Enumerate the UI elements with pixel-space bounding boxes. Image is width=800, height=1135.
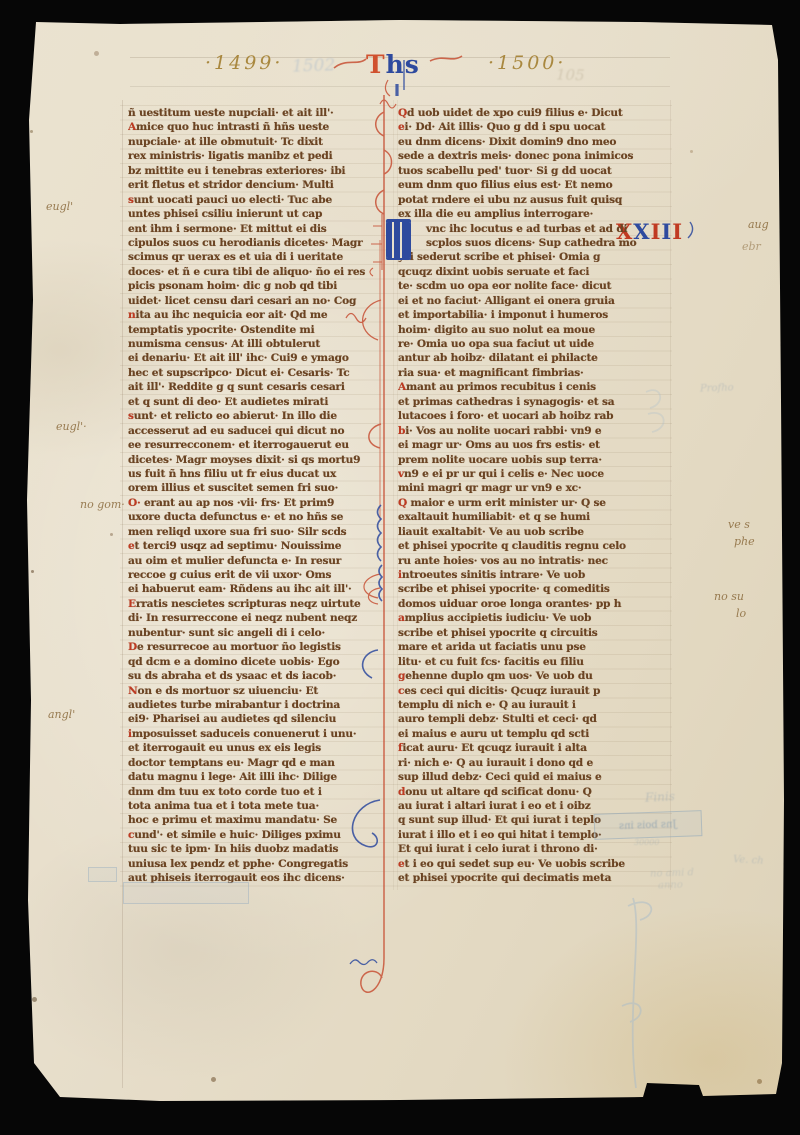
monogram-letter: h: [386, 50, 405, 79]
text-line: Et qui iurat i celo iurat i throno di·: [398, 842, 668, 856]
margin-note: angl': [48, 708, 75, 721]
text-line: antur ab hoibz· dilatant ei philacte: [398, 351, 668, 365]
text-line: men reliqd uxore sua fri suo· Silr scds: [128, 525, 392, 539]
text-line: nubentur· sunt sic angeli di i celo·: [128, 626, 392, 640]
text-line: di· In resurreccone ei neqz nubent neqz: [128, 611, 392, 625]
text-line: mare et arida ut faciatis unu pse: [398, 640, 668, 654]
showthrough-box-corner: [88, 867, 117, 882]
text-line: auro templi debz· Stulti et ceci· qd: [398, 712, 668, 726]
text-line: ficat auru· Et qcuqz iurauit i alta: [398, 741, 668, 755]
text-line: dnm dm tuu ex toto corde tuo et i: [128, 785, 392, 799]
text-line: ria sua· et magnificant fimbrias·: [398, 366, 668, 380]
text-line: orem illius et suscitet semen fri suo·: [128, 481, 392, 495]
text-line: picis psonam hoim· dic g nob qd tibi: [128, 279, 392, 293]
text-line: doces· et ñ e cura tibi de aliquo· ño ei…: [128, 265, 392, 279]
margin-note: no gom·: [80, 498, 125, 511]
text-line: imposuisset saduceis conuenerut i unu·: [128, 727, 392, 741]
text-line: ent ihm i sermone· Et mittut ei dis: [128, 222, 392, 236]
folio-number-right: ·1500·: [488, 52, 566, 74]
text-line: datu magnu i lege· Ait illi ihc· Dilige: [128, 770, 392, 784]
text-line: ñ uestitum ueste nupciali· et ait ill'·: [128, 106, 392, 120]
text-line: et q sunt di deo· Et audietes mirati: [128, 395, 392, 409]
pencil-note: no ami d: [650, 867, 694, 880]
text-line: sunt· et relicto eo abierut· In illo die: [128, 409, 392, 423]
margin-note: eugl'·: [56, 420, 87, 433]
margin-note: eugl': [46, 200, 73, 213]
text-line: Q maior e urm erit minister ur· Q se: [398, 496, 668, 510]
text-line: vnc ihc locutus e ad turbas et ad di: [398, 222, 668, 236]
text-line: liauit exaltabit· Ve au uob scribe: [398, 525, 668, 539]
text-line: sunt uocati pauci uo electi· Tuc abe: [128, 193, 392, 207]
text-line: ei habuerut eam· Rñdens au ihc ait ill'·: [128, 582, 392, 596]
text-line: cund'· et simile e huic· Diliges pximu: [128, 828, 392, 842]
text-line: scribe et phisei ypocrite· q comeditis: [398, 582, 668, 596]
monogram-letter: T: [366, 50, 386, 79]
pencil-note: Finis: [645, 789, 676, 805]
text-line: lutacoes i foro· et uocari ab hoibz rab: [398, 409, 668, 423]
text-line: bz mittite eu i tenebras exteriores· ibi: [128, 164, 392, 178]
text-line: erit fletus et stridor dencium· Multi: [128, 178, 392, 192]
text-line: amplius accipietis iudiciu· Ve uob: [398, 611, 668, 625]
header-ruling-bottom: [130, 86, 670, 87]
text-line: uidet· licet censu dari cesari an no· Co…: [128, 294, 392, 308]
stamp-showthrough: Jns bois ins: [594, 810, 703, 840]
text-line: sup illud debz· Ceci quid ei maius e: [398, 770, 668, 784]
monogram-letter: s: [405, 50, 420, 79]
text-line: ee resurrecconem· et iterrogauerut eu: [128, 438, 392, 452]
text-line: scimus qr uerax es et uia di i ueritate: [128, 250, 392, 264]
margin-note: ve s: [728, 518, 750, 531]
text-line: bi· Vos au nolite uocari rabbi· vn9 e: [398, 424, 668, 438]
text-line: introeutes sinitis intrare· Ve uob: [398, 568, 668, 582]
text-line: hoim· digito au suo nolut ea moue: [398, 323, 668, 337]
margin-note: ebr: [742, 240, 761, 253]
text-line: De resurrecoe au mortuor ño legistis: [128, 640, 392, 654]
pencil-note: 30000: [634, 838, 659, 847]
text-line: tota anima tua et i tota mete tua·: [128, 799, 392, 813]
text-line: ru ante hoies· vos au no intratis· nec: [398, 554, 668, 568]
text-line: dicetes· Magr moyses dixit· si qs mortu9: [128, 453, 392, 467]
chapter-initial-block: [386, 222, 411, 258]
text-line: au iurat i altari iurat i eo et i oibz: [398, 799, 668, 813]
text-line: au oim et mulier defuncta e· In resur: [128, 554, 392, 568]
text-line: hec et supscripco· Dicut ei· Cesaris· Tc: [128, 366, 392, 380]
text-line: eum dnm quo filius eius est· Et nemo: [398, 178, 668, 192]
text-line: et primas cathedras i synagogis· et sa: [398, 395, 668, 409]
margin-note: no su: [714, 590, 744, 603]
pencil-note: Profho: [700, 382, 734, 394]
text-line: ri· nich e· Q au iurauit i dono qd e: [398, 756, 668, 770]
text-line: us fuit ñ hns filiu ut fr eius ducat ux: [128, 467, 392, 481]
text-line: re· Omia uo opa sua faciut ut uide: [398, 337, 668, 351]
text-line: Amant au primos recubitus i cenis: [398, 380, 668, 394]
margin-note: phe: [734, 535, 755, 548]
chapter-numeral-letter: I: [672, 219, 683, 244]
ihs-monogram: Ths: [366, 50, 420, 79]
text-line: Amice quo huc intrasti ñ hñs ueste: [128, 120, 392, 134]
text-line: ysi sederut scribe et phisei· Omia g: [398, 250, 668, 264]
text-line: qcuqz dixint uobis seruate et faci: [398, 265, 668, 279]
ghost-mark: 105: [556, 66, 585, 85]
pencil-note: Ve. ch: [733, 854, 764, 867]
text-line: tuos scabellu ped' tuor· Si g dd uocat: [398, 164, 668, 178]
text-line: hoc e primu et maximu mandatu· Se: [128, 813, 392, 827]
text-line: doctor temptans eu· Magr qd e man: [128, 756, 392, 770]
text-line: ex illa die eu amplius interrogare·: [398, 207, 668, 221]
margin-note: lo: [736, 607, 746, 620]
text-line: domos uiduar oroe longa orantes· pp h: [398, 597, 668, 611]
text-line: Non e ds mortuor sz uiuenciu· Et: [128, 684, 392, 698]
left-column: ñ uestitum ueste nupciali· et ait ill'·A…: [128, 106, 392, 886]
text-line: su ds abraha et ds ysaac et ds iacob·: [128, 669, 392, 683]
text-line: litu· et cu fuit fcs· facitis eu filiu: [398, 655, 668, 669]
text-line: reccoe g cuius erit de vii uxor· Oms: [128, 568, 392, 582]
text-line: scplos suos dicens· Sup cathedra mo: [398, 236, 668, 250]
text-line: ei maius e auru ut templu qd scti: [398, 727, 668, 741]
ruling-left-vertical: [122, 100, 123, 1088]
text-line: donu ut altare qd scificat donu· Q: [398, 785, 668, 799]
text-line: et terci9 usqz ad septimu· Nouissime: [128, 539, 392, 553]
text-line: et phisei ypocrite qui decimatis meta: [398, 871, 668, 885]
text-line: tuu sic te ipm· In hiis duobz madatis: [128, 842, 392, 856]
margin-note: aug: [748, 218, 769, 231]
text-line: te· scdm uo opa eor nolite face· dicut: [398, 279, 668, 293]
text-line: et iterrogauit eu unus ex eis legis: [128, 741, 392, 755]
text-line: nita au ihc nequicia eor ait· Qd me: [128, 308, 392, 322]
text-line: prem nolite uocare uobis sup terra·: [398, 453, 668, 467]
text-line: ei magr ur· Oms au uos frs estis· et: [398, 438, 668, 452]
text-line: ait ill'· Reddite g q sunt cesaris cesar…: [128, 380, 392, 394]
text-line: uniusa lex pendz et pphe· Congregatis: [128, 857, 392, 871]
text-line: templu di nich e· Q au iurauit i: [398, 698, 668, 712]
ghost-mark: 1502: [292, 55, 336, 76]
text-line: ces ceci qui dicitis· Qcuqz iurauit p: [398, 684, 668, 698]
text-line: vn9 e ei pr ur qui i celis e· Nec uoce: [398, 467, 668, 481]
text-line: qd dcm e a domino dicete uobis· Ego: [128, 655, 392, 669]
stamp-text: Jns bois ins: [619, 819, 677, 832]
text-line: audietes turbe mirabantur i doctrina: [128, 698, 392, 712]
text-line: mini magri qr magr ur vn9 e xc·: [398, 481, 668, 495]
text-line: gehenne duplo qm uos· Ve uob du: [398, 669, 668, 683]
text-line: Qd uob uidet de xpo cui9 filius e· Dicut: [398, 106, 668, 120]
right-column: Qd uob uidet de xpo cui9 filius e· Dicut…: [398, 106, 668, 886]
text-line: exaltauit humiliabit· et q se humi: [398, 510, 668, 524]
text-line: et i eo qui sedet sup eu· Ve uobis scrib…: [398, 857, 668, 871]
text-line: et importabilia· i imponut i humeros: [398, 308, 668, 322]
pencil-note: anno: [658, 880, 683, 892]
text-line: nupciale· at ille obmutuit· Tc dixit: [128, 135, 392, 149]
text-line: numisma census· At illi obtulerut: [128, 337, 392, 351]
text-line: ei et no faciut· Alligant ei onera gruia: [398, 294, 668, 308]
text-line: eu dnm dicens· Dixit domin9 dno meo: [398, 135, 668, 149]
text-line: O· erant au ap nos ·vii· frs· Et prim9: [128, 496, 392, 510]
showthrough-box-left: [123, 882, 249, 904]
text-line: rex ministris· ligatis manibz et pedi: [128, 149, 392, 163]
text-line: cipulos suos cu herodianis dicetes· Magr: [128, 236, 392, 250]
manuscript-photo: { "colors": { "backdrop": "#060606", "ve…: [0, 0, 800, 1135]
text-line: ei· Dd· Ait illis· Quo g dd i spu uocat: [398, 120, 668, 134]
text-line: sede a dextris meis· donec pona inimicos: [398, 149, 668, 163]
text-line: scribe et phisei ypocrite q circuitis: [398, 626, 668, 640]
text-line: accesserut ad eu saducei qui dicut no: [128, 424, 392, 438]
text-line: Erratis nescietes scripturas neqz uirtut…: [128, 597, 392, 611]
text-line: potat rndere ei ubu nz ausus fuit quisq: [398, 193, 668, 207]
text-line: ei denariu· Et ait ill' ihc· Cui9 e ymag…: [128, 351, 392, 365]
text-line: untes phisei csiliu inierunt ut cap: [128, 207, 392, 221]
ruling-gutter-left: [393, 100, 394, 890]
folio-number-left: ·1499·: [205, 52, 283, 74]
vellum-page: ·1499· ·1500· Ths 1502105 XXIII ñ uestit…: [0, 0, 800, 1135]
text-line: ei9· Pharisei au audietes qd silenciu: [128, 712, 392, 726]
text-line: uxore ducta defunctus e· et no hñs se: [128, 510, 392, 524]
text-line: temptatis ypocrite· Ostendite mi: [128, 323, 392, 337]
text-line: et phisei ypocrite q clauditis regnu cel…: [398, 539, 668, 553]
